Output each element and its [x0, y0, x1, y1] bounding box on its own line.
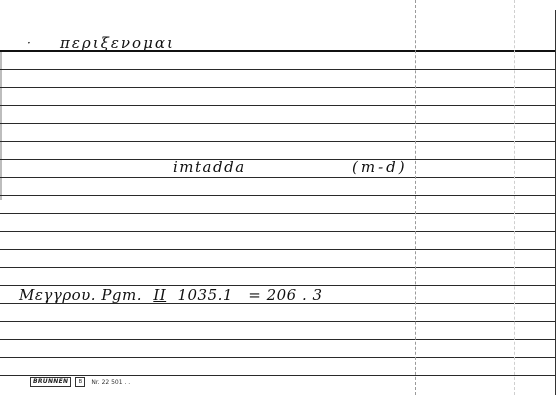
bullet-dot: ·: [27, 36, 33, 50]
ruled-line: [0, 213, 555, 214]
ruled-line: [0, 357, 555, 358]
brand-label: BRUNNEN: [30, 377, 71, 387]
ruled-line: [0, 141, 555, 142]
ruled-line: [0, 105, 555, 106]
term: imtadda: [173, 158, 246, 176]
reference-equivalent: = 206 . 3: [248, 286, 322, 304]
ruled-line: [0, 339, 555, 340]
reference: Μεγγρου. Ρgm. II 1035.1 = 206 . 3: [19, 286, 323, 304]
ruled-line: [0, 177, 555, 178]
headword-text: περιξενομαι: [60, 34, 175, 52]
ruled-line: [0, 231, 555, 232]
ruled-line: [0, 87, 555, 88]
ruled-line: [0, 69, 555, 70]
headword: · περιξενομαι: [60, 34, 175, 52]
reference-locator: 1035.1: [177, 286, 233, 304]
ruled-line: [0, 249, 555, 250]
vertical-guide-line: [415, 0, 416, 395]
brand-logo-icon: B: [75, 377, 85, 387]
ruled-line: [0, 195, 555, 196]
ruled-line: [0, 123, 555, 124]
reference-volume: II: [153, 286, 166, 304]
index-card: · περιξενομαι imtadda (m-d) Μεγγρου. Ρgm…: [0, 0, 560, 395]
vertical-guide-line-faint: [514, 0, 515, 395]
ruled-line: [0, 267, 555, 268]
gloss: (m-d): [352, 158, 408, 176]
right-border: [555, 10, 556, 395]
ruled-line: [0, 159, 555, 160]
card-number: Nr. 22 501 . .: [91, 379, 130, 386]
printer-imprint: BRUNNEN B Nr. 22 501 . .: [30, 377, 130, 387]
ruled-line: [0, 375, 555, 376]
ruled-line: [0, 321, 555, 322]
reference-prefix: Μεγγρου. Ρgm.: [19, 286, 142, 304]
